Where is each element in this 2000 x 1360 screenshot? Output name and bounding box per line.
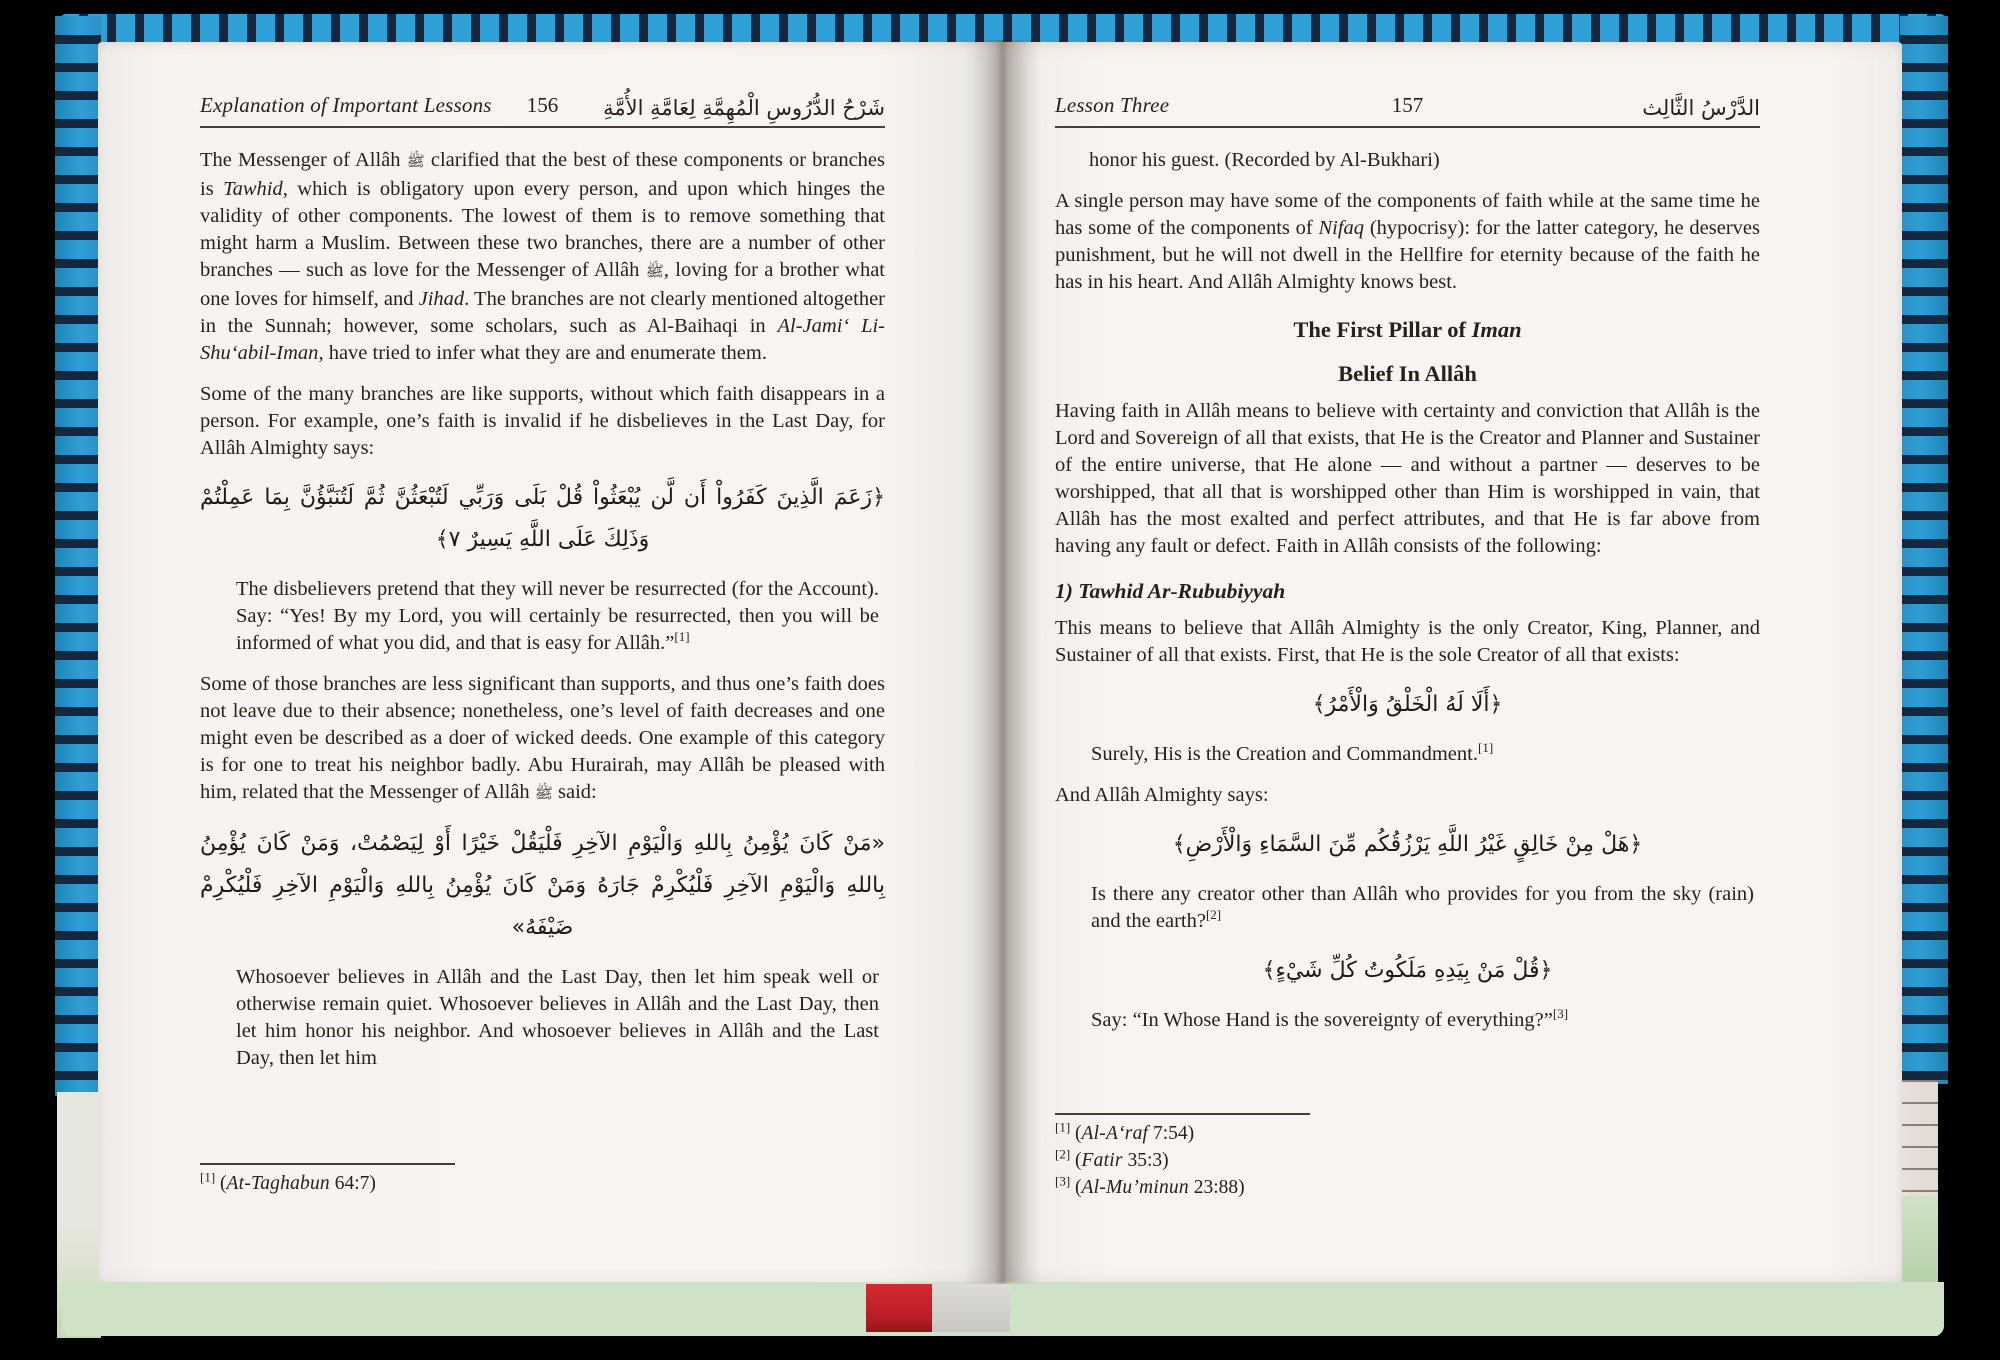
footnote-rule <box>1055 1113 1310 1115</box>
footnote: [1] (Al-A‘raf 7:54) <box>1055 1121 1760 1146</box>
quran-verse-arabic: ﴿أَلَا لَهُ الْخَلْقُ وَالْأَمْرُ﴾ <box>1055 684 1760 726</box>
quran-verse-arabic: ﴿قُلْ مَنْ بِيَدِهِ مَلَكُوتُ كُلِّ شَيْ… <box>1055 950 1760 992</box>
left-page: Explanation of Important Lessons 156 شَر… <box>98 42 1002 1282</box>
quran-verse-arabic: ﴿زَعَمَ الَّذِينَ كَفَرُواْ أَن لَّن يُب… <box>200 477 885 561</box>
section-heading: The First Pillar of Iman <box>1055 317 1760 343</box>
paragraph: The Messenger of Allâh ﷺ clarified that … <box>200 147 885 367</box>
footnote: [1] (At-Taghabun 64:7) <box>200 1171 885 1196</box>
left-page-header: Explanation of Important Lessons 156 شَر… <box>200 90 885 120</box>
header-rule <box>1055 126 1760 128</box>
verse-translation: Is there any creator other than Allâh wh… <box>1091 881 1754 935</box>
right-page: Lesson Three 157 الدَّرْسُ الثَّالِث hon… <box>1002 42 1902 1282</box>
hadith-arabic: «مَنْ كَانَ يُؤْمِنُ بِاللهِ وَالْيَوْمِ… <box>200 823 885 949</box>
arabic-running-title: الدَّرْسُ الثَّالِث <box>1642 96 1760 120</box>
verse-translation: Say: “In Whose Hand is the sovereignty o… <box>1091 1007 1754 1034</box>
footnote-block: [1] (At-Taghabun 64:7) <box>200 1163 885 1198</box>
footnote: [3] (Al-Mu’minun 23:88) <box>1055 1175 1760 1200</box>
paragraph: Some of those branches are less signific… <box>200 671 885 808</box>
book-cover-left-edge <box>55 16 101 1096</box>
paragraph: And Allâh Almighty says: <box>1055 782 1760 809</box>
section-heading: Belief In Allâh <box>1055 361 1760 387</box>
paragraph: Having faith in Allâh means to believe w… <box>1055 398 1760 560</box>
verse-translation: Surely, His is the Creation and Commandm… <box>1091 741 1754 768</box>
quran-verse-arabic: ﴿هَلْ مِنْ خَالِقٍ غَيْرُ اللَّهِ يَرْزُ… <box>1055 824 1760 866</box>
footnote: [2] (Fatir 35:3) <box>1055 1148 1760 1173</box>
footnote-block: [1] (Al-A‘raf 7:54) [2] (Fatir 35:3) [3]… <box>1055 1113 1760 1202</box>
hadith-translation: Whosoever believes in Allâh and the Last… <box>236 964 879 1072</box>
bookmark-ribbon <box>866 1284 932 1332</box>
footnote-rule <box>200 1163 455 1165</box>
paragraph: A single person may have some of the com… <box>1055 188 1760 296</box>
spine-bottom-detail <box>932 1284 1010 1332</box>
right-page-header: Lesson Three 157 الدَّرْسُ الثَّالِث <box>1055 90 1760 120</box>
continuation-paragraph: honor his guest. (Recorded by Al-Bukhari… <box>1055 147 1760 174</box>
photo-background: Explanation of Important Lessons 156 شَر… <box>0 0 2000 1360</box>
arabic-running-title: شَرْحُ الدُّرُوسِ الْمُهِمَّةِ لِعَامَّة… <box>603 96 885 120</box>
verse-translation: The disbelievers pretend that they will … <box>236 576 879 657</box>
paragraph: This means to believe that Allâh Almight… <box>1055 615 1760 669</box>
paragraph: Some of the many branches are like suppo… <box>200 381 885 462</box>
book-cover-top-edge <box>60 14 1946 44</box>
subsection-heading: 1) Tawhid Ar-Rububiyyah <box>1055 579 1760 604</box>
header-rule <box>200 126 885 128</box>
book-cover-right-edge <box>1900 16 1948 1084</box>
